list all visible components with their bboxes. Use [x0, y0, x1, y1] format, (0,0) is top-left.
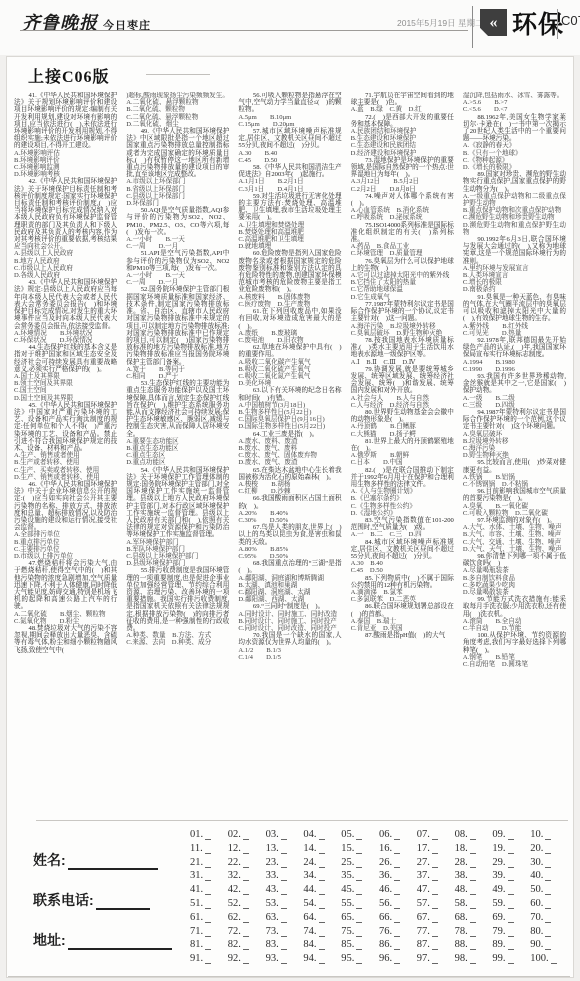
answer-slot-number: 13.	[266, 843, 279, 854]
answer-blank-line	[205, 927, 211, 937]
option-text: A.重要生态功能区	[126, 438, 229, 445]
option-text: A.>5.6 B.>7	[463, 99, 566, 106]
question-text: 49.《中华人民共和国环境保护法》中区域限批是指一个地区超过国家重点污染物排放总…	[126, 128, 229, 178]
answer-blank-line	[432, 830, 438, 840]
answer-slot: 83.	[266, 939, 304, 950]
phone-blank-line	[96, 897, 150, 910]
answer-blank-line	[281, 940, 287, 950]
answer-slot-number: 35.	[341, 870, 354, 881]
answer-slot: 86.	[379, 939, 417, 950]
option-text: A.1月1日 B.2月1日	[238, 178, 341, 185]
answer-blank-line	[394, 830, 400, 840]
answer-slot-number: 89.	[492, 939, 505, 950]
answer-blank-line	[319, 954, 325, 964]
answer-slot-number: 100.	[530, 953, 548, 964]
answer-slot: 81.	[190, 939, 228, 950]
address-label: 地址:	[33, 932, 66, 948]
answer-slot-number: 03.	[266, 829, 279, 840]
answer-slot: 20.	[530, 843, 568, 854]
answer-slot-number: 71.	[190, 926, 203, 937]
answer-blank-line	[545, 844, 551, 854]
answer-blank-line	[508, 830, 514, 840]
answer-slot: 14.	[303, 843, 341, 854]
quiz-column: 56.可吸入颗粒物是指悬浮在空气中,空气动力学当量直径≤( )的颗粒物。A.5μ…	[238, 92, 341, 814]
answer-slot-number: 67.	[417, 912, 430, 923]
answer-slot-number: 94.	[303, 953, 316, 964]
option-text: A.尽量喝瓶装茶	[463, 567, 566, 574]
answer-blank-line	[243, 844, 249, 854]
answer-slot-number: 40.	[530, 870, 543, 881]
answer-slot: 15.	[341, 843, 379, 854]
option-text: C.多吃蔬果少吃肉	[463, 582, 566, 589]
answer-slot: 13.	[266, 843, 304, 854]
answer-blank-line	[394, 899, 400, 909]
answer-slot: 63.	[266, 912, 304, 923]
answer-slot-number: 69.	[492, 912, 505, 923]
answer-slot: 99.	[492, 953, 530, 964]
answer-slot: 21.	[190, 857, 228, 868]
answer-slot: 96.	[379, 953, 417, 964]
answer-slot: 35.	[341, 870, 379, 881]
option-text: C.可见光 D.热量	[463, 330, 566, 337]
answer-blank-line	[205, 940, 211, 950]
address-blank-line	[68, 937, 172, 950]
answer-slot-number: 02.	[228, 829, 241, 840]
answer-slot: 100.	[530, 953, 568, 964]
question-text: 44.生态保护红线的基本含义是指对于维护国家和区域生态安全及经济社会可持续发展具…	[14, 344, 117, 373]
answer-slot-number: 95.	[341, 953, 354, 964]
answer-slot-number: 99.	[492, 953, 505, 964]
answer-slot: 54.	[303, 898, 341, 909]
answer-slot: 85.	[341, 939, 379, 950]
option-text: C.它帮助地球保温	[351, 286, 454, 293]
answer-slot-number: 54.	[303, 898, 316, 909]
option-text: C.自动铅笔 D.圆珠笔	[463, 661, 566, 668]
option-text: C.《生物多样性公约》	[351, 503, 454, 510]
page-header: 齐鲁晚报今日枣庄 2015年5月19日 星期二 « 环保 C07	[0, 0, 580, 55]
question-text: 95.比较而言,使用( )炒菜对健康更有益。	[463, 459, 566, 473]
issue-date: 2015年5月19日 星期二	[397, 17, 483, 29]
answer-slot: 17.	[417, 843, 455, 854]
option-text: A.县级以上人民政府	[14, 250, 117, 257]
option-text: B.同时设计、同时施工、同时投产	[238, 618, 341, 625]
option-text: A.全部排污单位	[14, 531, 117, 538]
option-text: C.医疗废物 D.生产废物	[238, 301, 341, 308]
answer-slot: 30.	[530, 857, 568, 868]
answer-slot: 68.	[455, 912, 493, 923]
continued-from-heading: 上接C06版	[28, 64, 110, 87]
question-text: 63.以下有关环境的纪念日名称和时间( )有错。	[238, 387, 341, 401]
question-text: 59.对生活垃圾进行无害化处理的主要方法有:焚烧处理、高温堆肥、卫生填埋,我市生…	[238, 193, 341, 222]
answer-blank-line	[281, 830, 287, 840]
header-divider	[472, 6, 473, 48]
question-text: 61.在下列回收废品中,如果没有回收,对环境造成危害最大的是( )。	[238, 308, 341, 330]
option-text: A.核废料 B.固体废物	[238, 294, 341, 301]
question-text: 84.城市区域环境噪声标准规定,居住区、文教机关区昼间不超过55分贝,夜间不超过…	[351, 539, 454, 561]
answer-blank-line	[508, 913, 514, 923]
option-text: C.主要排污单位	[14, 546, 117, 553]
answer-slot: 64.	[303, 912, 341, 923]
answer-slot-number: 72.	[228, 926, 241, 937]
answer-slot-number: 15.	[341, 843, 354, 854]
answer-slot-number: 87.	[417, 939, 430, 950]
option-text: B.垃圾境外转移	[463, 438, 566, 445]
answer-slot: 75.	[341, 926, 379, 937]
phone-label: 联系电话:	[33, 892, 94, 908]
answer-blank-line	[319, 858, 325, 868]
answer-blank-line	[243, 871, 249, 881]
answer-blank-line	[356, 954, 362, 964]
quiz-column: 71.宇航员在宇宙空间看到的地球主要是( )色。A.蓝 B.绿 C.黄 D.红7…	[351, 92, 454, 814]
answer-blank-line	[394, 927, 400, 937]
answer-blank-line	[394, 858, 400, 868]
answer-slot-number: 28.	[455, 857, 468, 868]
option-text: A.1994 B.1980	[463, 359, 566, 366]
answer-slot-number: 84.	[303, 939, 316, 950]
question-text: 96.目前影响我国城市空气质量的首要污染物是( )。	[463, 488, 566, 502]
answer-blank-line	[470, 885, 476, 895]
question-text: 77.1987年蒙特利尔议定书是国际合作保护环境的一个协议,议定书主要针对( )…	[351, 301, 454, 323]
answer-slot-number: 61.	[190, 912, 203, 923]
answer-slot-number: 91.	[190, 953, 203, 964]
quiz-columns: 41.《中华人民共和国环境保护法》关于规划环境影响评价和建设项目环境影响评价的规…	[14, 92, 566, 814]
answer-blank-line	[205, 954, 211, 964]
answer-slot: 18.	[455, 843, 493, 854]
option-text: C.人与经济 D.经济与自然	[351, 402, 454, 409]
answer-slot: 10.	[530, 829, 568, 840]
option-text: A.20% B.40%	[238, 510, 341, 517]
answer-slot-number: 04.	[303, 829, 316, 840]
option-text: A.废纸 B.废玻璃	[238, 330, 341, 337]
answer-blank-line	[319, 927, 325, 937]
option-text: A.蓝 B.绿 C.黄 D.红	[351, 106, 454, 113]
answer-slot-number: 08.	[455, 829, 468, 840]
option-text: C.县级以上环保部门	[126, 193, 229, 200]
answer-blank-line	[243, 830, 249, 840]
quiz-column: )超标,酸雨现象扬尘污染频频发生。A.二氧化硫、悬浮颗粒物B.二氧化硫、颗粒物C…	[126, 92, 229, 814]
question-text: 75.ISO14000系列标准是国际标准化组织制定的有关( )系列标准。	[351, 222, 454, 244]
continued-rule	[146, 74, 210, 75]
answer-slot: 11.	[190, 843, 228, 854]
answer-blank-line	[470, 913, 476, 923]
answer-slot: 79.	[492, 926, 530, 937]
answer-slot: 39.	[492, 870, 530, 881]
answer-slot: 80.	[530, 926, 568, 937]
answer-slot: 61.	[190, 912, 228, 923]
answer-blank-line	[243, 940, 249, 950]
option-text: A.钢笔 B.铅笔	[463, 654, 566, 661]
answer-blank-line	[432, 844, 438, 854]
answer-slot: 46.	[379, 884, 417, 895]
answer-slot-number: 21.	[190, 857, 203, 868]
answer-blank-line	[243, 858, 249, 868]
answer-slot: 07.	[417, 829, 455, 840]
answer-blank-line	[545, 858, 551, 868]
question-text: 50.AQI是空气质量指数,AQI参与评价的污染物为SO2、NO2、PM10、P…	[126, 207, 229, 236]
option-text: C.1/4 D.1/5	[238, 654, 341, 661]
answer-blank-line	[205, 899, 211, 909]
question-text: 94.1987年蒙特利尔议定书是国际合作保护环境的一个范例,这个议定书主要针对(…	[463, 409, 566, 431]
answer-blank-line	[356, 871, 362, 881]
option-text: D.废水、废气、废渣	[238, 459, 341, 466]
answer-blank-line	[432, 940, 438, 950]
option-text: C.大熊猫 D.扬子鳄	[351, 431, 454, 438]
option-text: C.1990 D.1996	[463, 366, 566, 373]
answer-slot-number: 55.	[341, 898, 354, 909]
answer-slot-number: 88.	[455, 939, 468, 950]
option-text: A.5μm B.10μm	[238, 114, 341, 121]
answer-slot: 01.	[190, 829, 228, 840]
question-text: 69.“三同时”制度是( )。	[238, 603, 341, 610]
answer-slot-number: 07.	[417, 829, 430, 840]
answer-slot: 59.	[492, 898, 530, 909]
answer-blank-line	[508, 899, 514, 909]
answer-slot: 19.	[492, 843, 530, 854]
question-text: 99.节能方式洗衣措施有:能采取每月手洗衣服;少用洗衣粉,还有使用( )洗衣机。	[463, 596, 566, 618]
answer-blank-line	[205, 844, 211, 854]
answer-slot: 03.	[266, 829, 304, 840]
option-text: C.<5.6 D.<7	[463, 106, 566, 113]
answer-blank-line	[243, 885, 249, 895]
answer-slot: 06.	[379, 829, 417, 840]
answer-blank-line	[508, 927, 514, 937]
answer-blank-line	[470, 927, 476, 937]
question-text: 42.《中华人民共和国环境保护法》关于环境保护目标责任制和考核评价制度规定:国家…	[14, 178, 117, 250]
option-text: C.二氧化硫、悬浮颗粒物	[126, 114, 229, 121]
answer-slot-number: 17.	[417, 843, 430, 854]
newspaper-logo-icon: «	[480, 9, 507, 36]
option-text: D.大气、天气、土壤、生物、噪声	[463, 546, 566, 553]
option-text: C.3月1日 D.4月1日	[238, 186, 341, 193]
answer-slot: 65.	[341, 912, 379, 923]
answer-slot-number: 47.	[417, 884, 430, 895]
answer-slot-number: 53.	[266, 898, 279, 909]
answer-slot: 97.	[417, 953, 455, 964]
answer-slot: 49.	[492, 884, 530, 895]
answer-blank-line	[243, 954, 249, 964]
answer-slot: 04.	[303, 829, 341, 840]
answer-slot: 53.	[266, 898, 304, 909]
answer-slot-number: 93.	[266, 953, 279, 964]
option-text: A.社会与人 B.人与自然	[351, 395, 454, 402]
answer-blank-line	[470, 844, 476, 854]
answer-blank-line	[432, 885, 438, 895]
page-number-divider	[557, 9, 558, 39]
answer-slot: 24.	[303, 857, 341, 868]
answer-blank-line	[545, 913, 551, 923]
answer-slot: 25.	[341, 857, 379, 868]
option-text: C.环境管理 D.质量管理	[351, 250, 454, 257]
answer-blank-line	[243, 899, 249, 909]
answer-blank-line	[281, 844, 287, 854]
option-text: C.45 D.50	[238, 157, 341, 164]
question-text: 90.1992年6月3日,联合国环境与发展大会通过的( ),又称为地球宪章,这是…	[463, 236, 566, 265]
question-text: 93.我国有许多世界珍稀动物,金丝猴就是其中之一,它是国家( )保护动物。	[463, 373, 566, 395]
answer-slot-number: 14.	[303, 843, 316, 854]
answer-slot-number: 38.	[455, 870, 468, 881]
answer-slot-number: 18.	[455, 843, 468, 854]
answer-blank-line	[545, 830, 551, 840]
question-text: 83.空气污染指数值在101-200范围时,空气质量为( )级。	[351, 517, 454, 531]
answer-blank-line	[319, 899, 325, 909]
question-text: 91.臭氧是一种天蓝色、有臭味的气体,在大气圈平流层中的臭氧层可以吸收和滤掉太阳…	[463, 294, 566, 323]
answer-blank-line	[470, 940, 476, 950]
option-text: A.一 B.二 C.三 D.四	[351, 531, 454, 538]
question-text: 41.《中华人民共和国环境保护法》关于规划环境影响评价和建设项目环境影响评价的规…	[14, 92, 117, 150]
answer-slot: 37.	[417, 870, 455, 881]
option-text: A.臭氧层破坏	[463, 431, 566, 438]
option-text: C.2月2日 D.8月8日	[351, 186, 454, 193]
answer-slot-number: 46.	[379, 884, 392, 895]
option-text: A.3月12日 B.5月2日	[351, 178, 454, 185]
answer-slot-number: 59.	[492, 898, 505, 909]
option-text: B.生产或者转移、使用	[14, 459, 117, 466]
answer-blank-line	[394, 954, 400, 964]
answer-blank-line	[545, 899, 551, 909]
answer-slot: 73.	[266, 926, 304, 937]
option-text: A.同时设计、同时施工、同时改造	[238, 611, 341, 618]
option-text: D.国土空间及其界限	[14, 395, 117, 402]
answer-slot: 31.	[190, 870, 228, 881]
question-text: 72.( )是西部大开发的重要任务和基本保障。	[351, 114, 454, 128]
option-text: A.鄱阳湖、洞庭湖和博斯腾湖	[238, 575, 341, 582]
option-text: C.生产、买卖或者转移、使用	[14, 467, 117, 474]
answer-slot: 09.	[492, 829, 530, 840]
question-text: 48.焚烧垃圾对大气的污染不容忽视,期间会释放出大量恶臭、含硫等有毒气体,粉尘和…	[14, 625, 117, 654]
answer-slot-number: 58.	[455, 898, 468, 909]
answer-blank-line	[205, 885, 211, 895]
answer-slot-number: 79.	[492, 926, 505, 937]
option-text: C.可吸入颗粒物 D.二氧化碳	[463, 510, 566, 517]
answer-slot: 32.	[228, 870, 266, 881]
option-text: D.国际生物多样性日(5月22日)	[238, 423, 341, 430]
question-text: 98.你清楚下列哪一项不属于低碳饮食吗( )	[463, 553, 566, 567]
answer-blank-line	[281, 871, 287, 881]
option-text: C.濒危野生动物和珍贵野生动物	[463, 214, 566, 221]
answer-slot: 84.	[303, 939, 341, 950]
answer-slot-number: 75.	[341, 926, 354, 937]
answer-slot: 42.	[228, 884, 266, 895]
answer-slot: 34.	[303, 870, 341, 881]
answer-slot-number: 77.	[417, 926, 430, 937]
option-text: A.中国植树节(3月18日)	[238, 402, 341, 409]
option-text: A.里约环境与发展宣言	[463, 265, 566, 272]
option-text: A.海洋污染 B.垃圾境外转移	[351, 323, 454, 330]
answer-slot-number: 37.	[417, 870, 430, 881]
answer-slot-number: 44.	[303, 884, 316, 895]
answer-slot-number: 74.	[303, 926, 316, 937]
option-text: A.吸收二氧化碳产生氧气	[238, 359, 341, 366]
answer-blank-line	[356, 858, 362, 868]
answer-slot: 72.	[228, 926, 266, 937]
answer-slot-number: 36.	[379, 870, 392, 881]
question-text: 81.世界上最大的丹顶鹤繁殖地在( )。	[351, 438, 454, 452]
answer-blank-line	[508, 885, 514, 895]
answer-blank-line	[356, 830, 362, 840]
answer-slot: 38.	[455, 870, 493, 881]
answer-slot-number: 96.	[379, 953, 392, 964]
answer-blank-line	[508, 954, 514, 964]
answer-blank-line	[356, 940, 362, 950]
option-text: B.《只有一个地球》	[463, 150, 566, 157]
answer-slot-number: 70.	[530, 912, 543, 923]
answer-slot: 74.	[303, 926, 341, 937]
answer-slot-number: 22.	[228, 857, 241, 868]
option-text: A.泰国 B.瑞士	[351, 618, 454, 625]
answer-blank-line	[356, 844, 362, 854]
option-text: A.30 B.40	[351, 560, 454, 567]
answer-blank-line	[205, 871, 211, 881]
header-rule	[20, 30, 468, 31]
answer-blank-line	[281, 899, 287, 909]
answer-slot-number: 57.	[417, 898, 430, 909]
question-text: 76.臭氧层为什么可以保护地球上的生物( )	[351, 258, 454, 272]
question-text: 85.下列物质中( )不属于国际公约禁用的12种有机污染物。	[351, 575, 454, 589]
answer-slot-number: 01.	[190, 829, 203, 840]
answer-blank-line	[394, 871, 400, 881]
option-text: C.市级以上人民政府	[14, 265, 117, 272]
answer-slot: 47.	[417, 884, 455, 895]
option-text: A.一级重点保护动物和二级重点保护野生动物	[463, 193, 566, 207]
answer-blank-line	[508, 940, 514, 950]
answer-slot-number: 64.	[303, 912, 316, 923]
answer-slot-number: 81.	[190, 939, 203, 950]
question-text: 57.城市区域环境噪声标准规定,居住区、文教机关区昼间不超过55分贝,夜间不超过…	[238, 128, 341, 150]
answer-slot-number: 76.	[379, 926, 392, 937]
option-text: A.80% B.85%	[238, 546, 341, 553]
answer-slot: 16.	[379, 843, 417, 854]
answer-slot-number: 63.	[266, 912, 279, 923]
question-text: 46.《中华人民共和国环境保护法》中关于企业环境信息公开的规定:( )应当如实向…	[14, 481, 117, 531]
option-text: A.铁锅 B.铝锅	[463, 474, 566, 481]
answer-slot-number: 26.	[379, 857, 392, 868]
answer-blank-line	[394, 844, 400, 854]
option-text: C.日本 D.中国	[351, 459, 454, 466]
page-number: C07	[561, 13, 580, 28]
answer-slot-number: 78.	[455, 926, 468, 937]
option-text: A.紫外线 B.红外线	[463, 323, 566, 330]
answer-blank-line	[319, 844, 325, 854]
option-text: D.经济建设和环境保护	[351, 150, 454, 157]
answer-slot-number: 51.	[190, 898, 203, 909]
question-text: 47.燃烧秸秆将会污染大气,由于燃烧秸秆,使得空气中的( )和其他污染物的浓度急…	[14, 560, 117, 610]
answer-slot: 90.	[530, 939, 568, 950]
option-text: A.滚筒 B.全自动	[463, 618, 566, 625]
answer-blank-line	[432, 858, 438, 868]
answer-slot: 94.	[303, 953, 341, 964]
answer-blank-line	[356, 913, 362, 923]
answer-slot-number: 43.	[266, 884, 279, 895]
answer-slot-number: 97.	[417, 953, 430, 964]
answer-slot: 43.	[266, 884, 304, 895]
answer-slot-number: 11.	[190, 843, 203, 854]
answer-slot-number: 34.	[303, 870, 316, 881]
answer-slot: 71.	[190, 926, 228, 937]
question-text: 67.鸟是人类的朋友,世界上( )以上的鸟类以昆虫为食,是害虫和鼠类的天敌。	[238, 524, 341, 546]
option-text: D.南极条约	[463, 286, 566, 293]
answer-slot-number: 06.	[379, 829, 392, 840]
answer-slot-number: 10.	[530, 829, 543, 840]
question-text: 52.国务院环境保护主管部门根据国家环境质量标准和国家经济、技术条件,制定国家污…	[126, 286, 229, 365]
question-text: 43.《中华人民共和国环境保护法》规定:县级以上人民政府应当每年向本级人民代表大…	[14, 279, 117, 329]
answer-sheet-top-rule	[36, 820, 568, 821]
answer-slot-number: 90.	[530, 939, 543, 950]
answer-slot-number: 12.	[228, 843, 241, 854]
option-text: D.生产、销售或者转移、使用	[14, 474, 117, 481]
answer-slot-number: 56.	[379, 898, 392, 909]
answer-blank-line	[545, 885, 551, 895]
question-text: 66.我国酸雨面积区占国土面积的( )。	[238, 495, 341, 509]
